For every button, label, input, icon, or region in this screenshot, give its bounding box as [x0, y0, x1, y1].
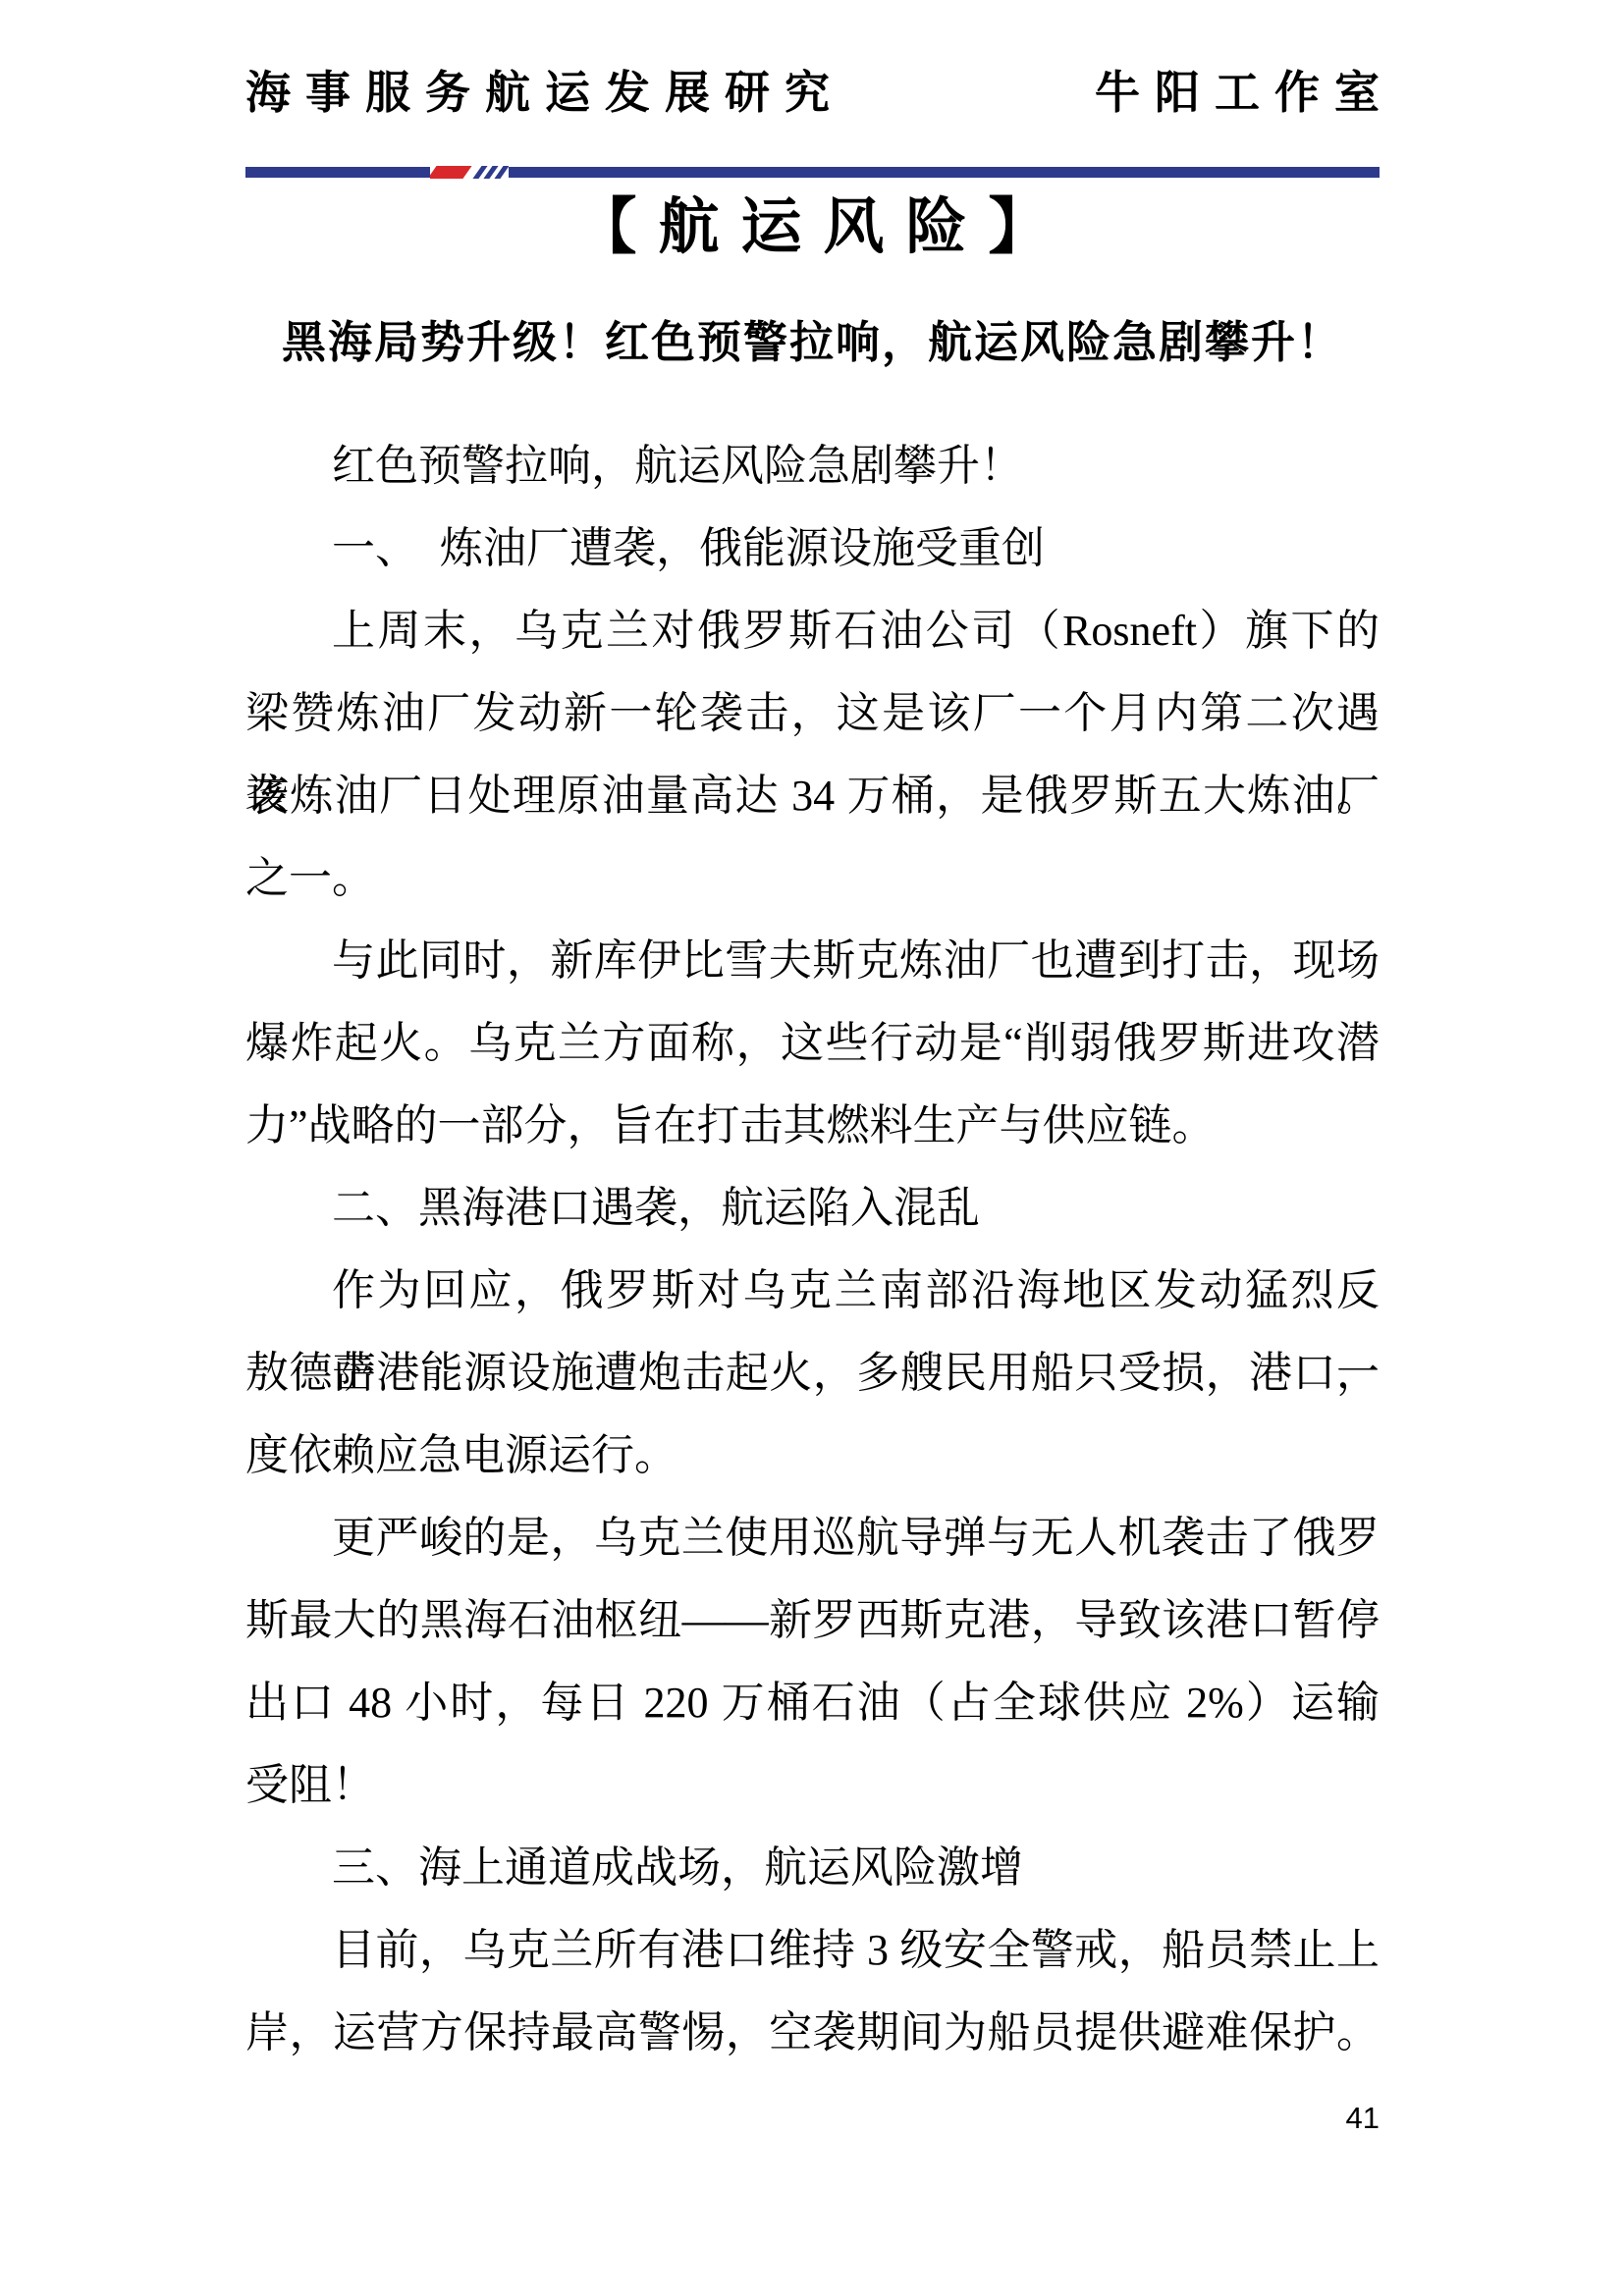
body-line: 一、 炼油厂遭袭，俄能源设施受重创 — [245, 507, 1380, 590]
body-line: 梁赞炼油厂发动新一轮袭击，这是该厂一个月内第二次遇袭。 — [245, 672, 1380, 755]
header-right-title: 牛阳工作室 — [1095, 65, 1394, 120]
body-line: 红色预警拉响，航运风险急剧攀升！ — [245, 425, 1380, 507]
rule-slash-ornament-icon — [430, 166, 509, 179]
body-line: 作为回应，俄罗斯对乌克兰南部沿海地区发动猛烈反击， — [245, 1250, 1380, 1332]
body-line: 三、海上通道成战场，航运风险激增 — [245, 1827, 1380, 1909]
body-line: 爆炸起火。乌克兰方面称，这些行动是“削弱俄罗斯进攻潜 — [245, 1002, 1380, 1085]
header-rule — [245, 167, 1380, 178]
body-line: 度依赖应急电源运行。 — [245, 1415, 1380, 1497]
body-line: 力”战略的一部分，旨在打击其燃料生产与供应链。 — [245, 1085, 1380, 1167]
section-title: 【航运风险】 — [245, 188, 1380, 267]
body-line: 受阻！ — [245, 1744, 1380, 1827]
body-line: 该炼油厂日处理原油量高达 34 万桶，是俄罗斯五大炼油厂 — [245, 755, 1380, 837]
body-line: 目前，乌克兰所有港口维持 3 级安全警戒，船员禁止上 — [245, 1909, 1380, 1992]
body-line: 出口 48 小时，每日 220 万桶石油（占全球供应 2%）运输 — [245, 1662, 1380, 1744]
header-left-title: 海事服务航运发展研究 — [245, 65, 844, 120]
body-line: 更严峻的是，乌克兰使用巡航导弹与无人机袭击了俄罗 — [245, 1497, 1380, 1579]
body-line: 之一。 — [245, 837, 1380, 920]
body-line: 斯最大的黑海石油枢纽——新罗西斯克港，导致该港口暂停 — [245, 1579, 1380, 1662]
page-header: 海事服务航运发展研究 牛阳工作室 — [245, 65, 1380, 120]
body-line: 上周末，乌克兰对俄罗斯石油公司（Rosneft）旗下的 — [245, 590, 1380, 672]
body-text: 红色预警拉响，航运风险急剧攀升！一、 炼油厂遭袭，俄能源设施受重创上周末，乌克兰… — [245, 425, 1380, 2074]
document-page: 海事服务航运发展研究 牛阳工作室 【航运风险】 黑海局势升级！红色预警拉响，航运… — [0, 0, 1624, 2296]
page-number: 41 — [1346, 2099, 1380, 2138]
article-title: 黑海局势升级！红色预警拉响，航运风险急剧攀升！ — [245, 312, 1380, 373]
body-line: 岸，运营方保持最高警惕，空袭期间为船员提供避难保护。 — [245, 1992, 1380, 2074]
body-line: 与此同时，新库伊比雪夫斯克炼油厂也遭到打击，现场 — [245, 920, 1380, 1002]
ornament-red-segment — [430, 166, 472, 179]
body-line: 敖德萨港能源设施遭炮击起火，多艘民用船只受损，港口一 — [245, 1332, 1380, 1415]
body-line: 二、黑海港口遇袭，航运陷入混乱 — [245, 1167, 1380, 1250]
